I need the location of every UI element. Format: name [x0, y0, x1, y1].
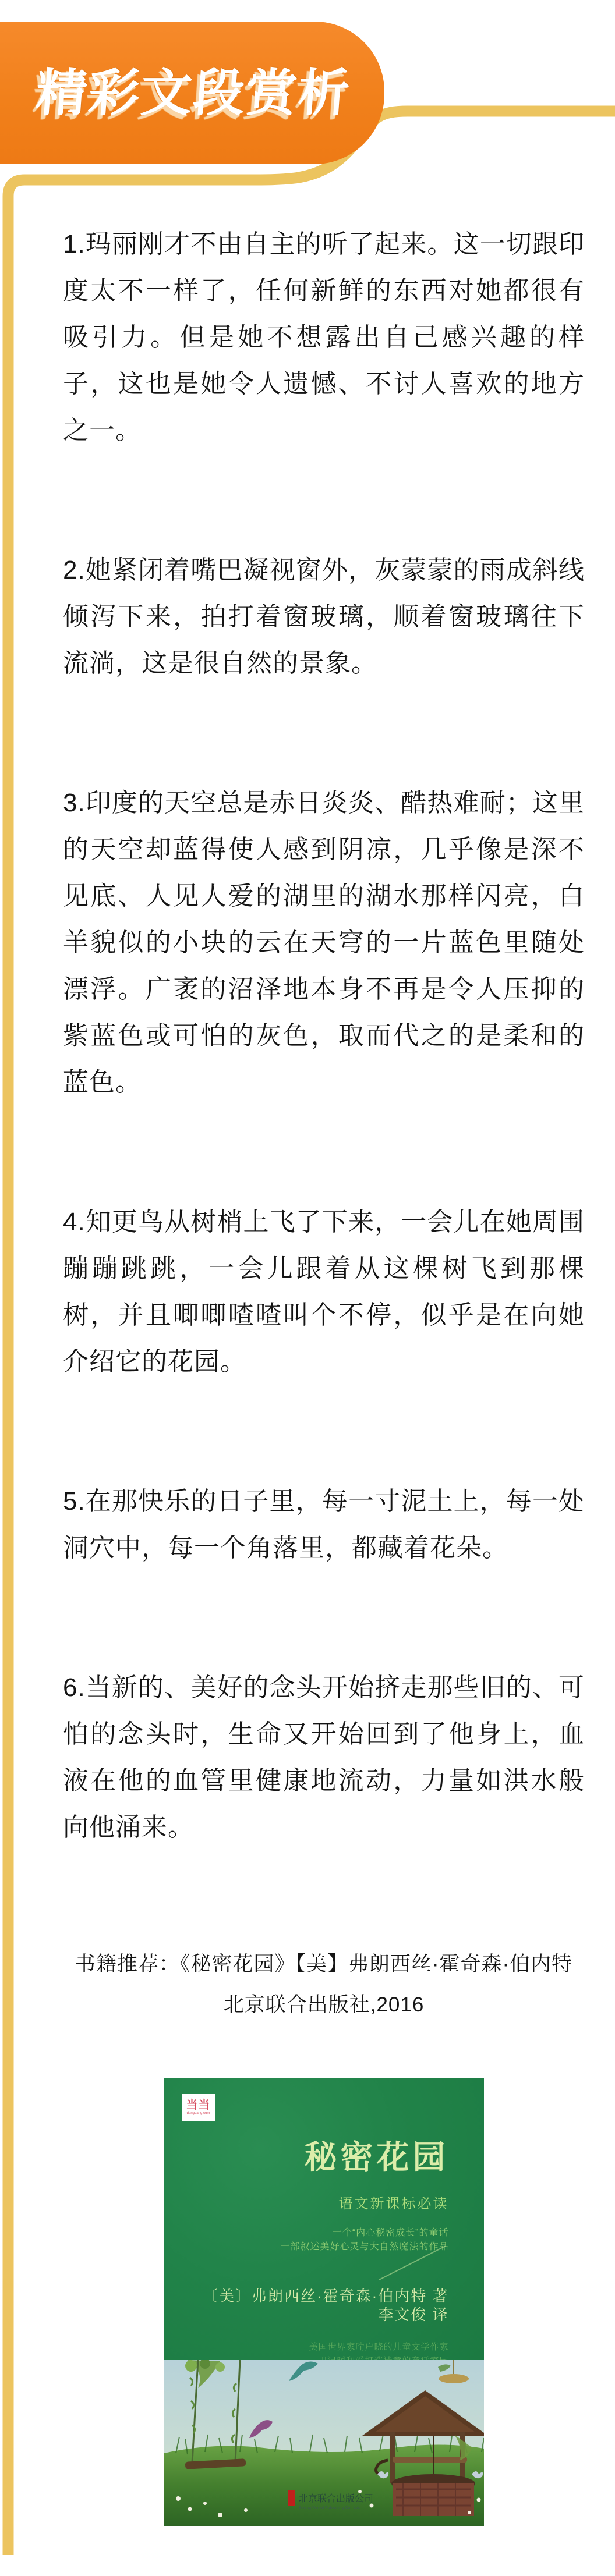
book-recommendation-line2: 北京联合出版社,2016: [63, 1985, 585, 2025]
book-subtitle: 语文新课标必读: [193, 2192, 449, 2212]
book-cover: 当当 dangdang.com 秘密花园 语文新课标必读 一个“内心秘密成长”的…: [164, 2078, 484, 2526]
page-title: 精彩文段赏析: [34, 68, 352, 119]
book-translator-line: 李文俊 译: [193, 2305, 449, 2324]
book-recommendation-line1: 书籍推荐：《秘密花园》【美】弗朗西丝·霍奇森·伯内特: [63, 1944, 585, 1985]
passage-6: 6.当新的、美好的念头开始挤走那些旧的、可怕的念头时，生命又开始回到了他身上，血…: [63, 1665, 585, 1851]
garden-illustration: 北京联合出版公司 Beijing United Publishing Co., …: [164, 2360, 484, 2526]
book-note-1: 美国世界家喻户晓的儿童文学作家: [193, 2340, 449, 2354]
book-cover-front: 当当 dangdang.com 秘密花园 语文新课标必读 一个“内心秘密成长”的…: [164, 2078, 484, 2360]
passage-2: 2.她紧闭着嘴巴凝视窗外，灰蒙蒙的雨成斜线倾泻下来，拍打着窗玻璃，顺着窗玻璃往下…: [63, 547, 585, 687]
decorative-slash-line: [377, 2244, 448, 2282]
passage-4: 4.知更鸟从树梢上飞了下来，一会儿在她周围蹦蹦跳跳，一会儿跟着从这棵树飞到那棵树…: [63, 1199, 585, 1385]
passage-3: 3.印度的天空总是赤日炎炎、酷热难耐；这里的天空却蓝得使人感到阴凉，几乎像是深不…: [63, 780, 585, 1106]
header-banner: 精彩文段赏析: [0, 22, 384, 164]
passage-1: 1.玛丽刚才不由自主的听了起来。这一切跟印度太不一样了，任何新鲜的东西对她都很有…: [63, 221, 585, 454]
book-author-line: 〔美〕弗朗西丝·霍奇森·伯内特 著: [193, 2287, 449, 2305]
book-cover-text-column: 秘密花园 语文新课标必读 一个“内心秘密成长”的童话 一部叙述美好心灵与大自然魔…: [193, 2078, 449, 2368]
passage-5: 5.在那快乐的日子里，每一寸泥土上，每一处洞穴中，每一个角落里，都藏着花朵。: [63, 1478, 585, 1571]
publisher-name: 北京联合出版公司: [299, 2493, 373, 2504]
publisher-name-english: Beijing United Publishing Co., Ltd.: [299, 2506, 360, 2510]
article-body: 1.玛丽刚才不由自主的听了起来。这一切跟印度太不一样了，任何新鲜的东西对她都很有…: [63, 221, 585, 2526]
book-tagline-1: 一个“内心秘密成长”的童话: [193, 2226, 449, 2240]
book-title: 秘密花园: [193, 2141, 449, 2177]
